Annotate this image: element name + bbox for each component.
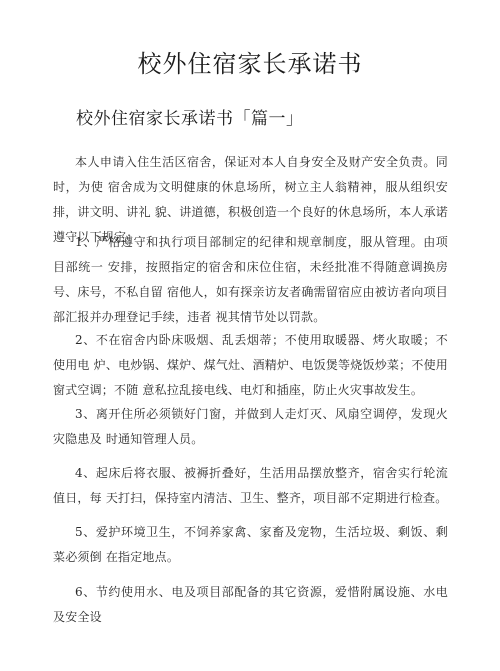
rule-paragraph-3: 3、离开住所必须锁好门窗，并做到人走灯灭、风扇空调停，发现火灾隐患及 时通知管理… [53, 402, 448, 452]
rule-paragraph-2: 2、不在宿舍内卧床吸烟、乱丢烟蒂；不使用取暖器、烤火取暖；不使用电 炉、电炒锅、… [53, 328, 448, 403]
rule-paragraph-5: 5、爱护环境卫生，不饲养家禽、家畜及宠物，生活垃圾、剩饭、剩菜必须倒 在指定地点… [53, 520, 448, 570]
rule-paragraph-1: 1、严格遵守和执行项目部制定的纪律和规章制度，服从管理。由项目部统一 安排，按照… [53, 230, 448, 330]
rule-paragraph-4: 4、起床后将衣服、被褥折叠好，生活用品摆放整齐，宿舍实行轮流值日，每 天打扫，保… [53, 461, 448, 511]
document-title: 校外住宿家长承诺书 [0, 44, 500, 79]
document-page: 校外住宿家长承诺书 校外住宿家长承诺书「篇一」 本人申请入住生活区宿舍，保证对本… [0, 0, 500, 671]
rule-paragraph-6: 6、节约使用水、电及项目部配备的其它资源，爱惜附属设施、水电及安全设 [53, 580, 448, 630]
section-title: 校外住宿家长承诺书「篇一」 [76, 104, 304, 129]
